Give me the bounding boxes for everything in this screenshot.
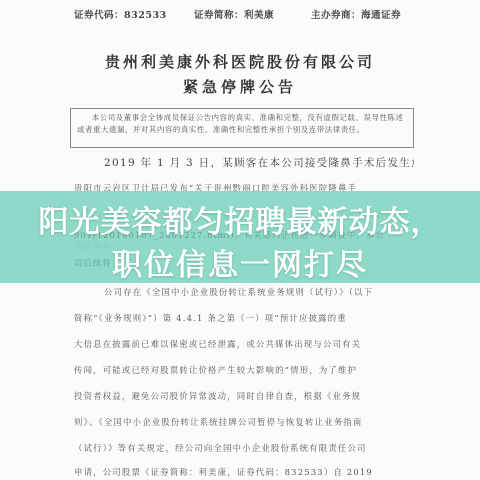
disclaimer-box: 本公司及董事会全体成员保证公告内容的真实、准确和完整，没有虚假记载、误导性陈述或… [70, 108, 414, 148]
security-short-name: 证券简称：利美康 [194, 7, 274, 21]
body-line: 2019 年 1 月 3 日，某顾客在本公司接受隆鼻手术后发生意外，现 [74, 155, 414, 170]
security-code: 证券代码：832533 [74, 7, 167, 21]
body-line: 传闻，可能或已经对股票转让价格产生较大影响的”情形，为了维护 [74, 364, 414, 376]
body-line: 大信息在披露前已难以保密或已经泄露，或公共媒体出现与公司有关 [74, 338, 414, 350]
body-line: 简称“《业务规则》”）第 4.4.1 条之第（一）项“预计应披露的重 [74, 312, 414, 324]
body-line: （试行）》等有关规定，经公司向全国中小企业股份系统有限责任公司 [74, 442, 414, 454]
body-line: 公司存在《全国中小企业股份转让系统业务规则（试行）》（以下 [74, 286, 414, 298]
overlay-headline-line2: 职位信息一网打尽 [0, 240, 480, 284]
body-line: 申请，公司股票（证券简称：利美康，证券代码：832533）自 2019 [74, 466, 414, 478]
notice-title: 紧急停牌公告 [0, 76, 480, 97]
disclaimer-text: 本公司及董事会全体成员保证公告内容的真实、准确和完整，没有虚假记载、误导性陈述或… [77, 112, 407, 136]
lead-broker: 主办券商：海通证券 [311, 7, 401, 21]
overlay-headline-line1: 阳光美容都匀招聘最新动态， [0, 197, 480, 241]
body-line: 则》、《全国中小企业股份转让系统挂牌公司暂停与恢复转让业务指南 [74, 416, 414, 428]
body-line: 投资者权益，避免公司股价异常波动，同时自律自查，根据《业务规 [74, 390, 414, 402]
company-title: 贵州利美康外科医院股份有限公司 [0, 51, 480, 72]
security-meta-row: 证券代码：832533 证券简称：利美康 主办券商：海通证券 [74, 7, 414, 23]
